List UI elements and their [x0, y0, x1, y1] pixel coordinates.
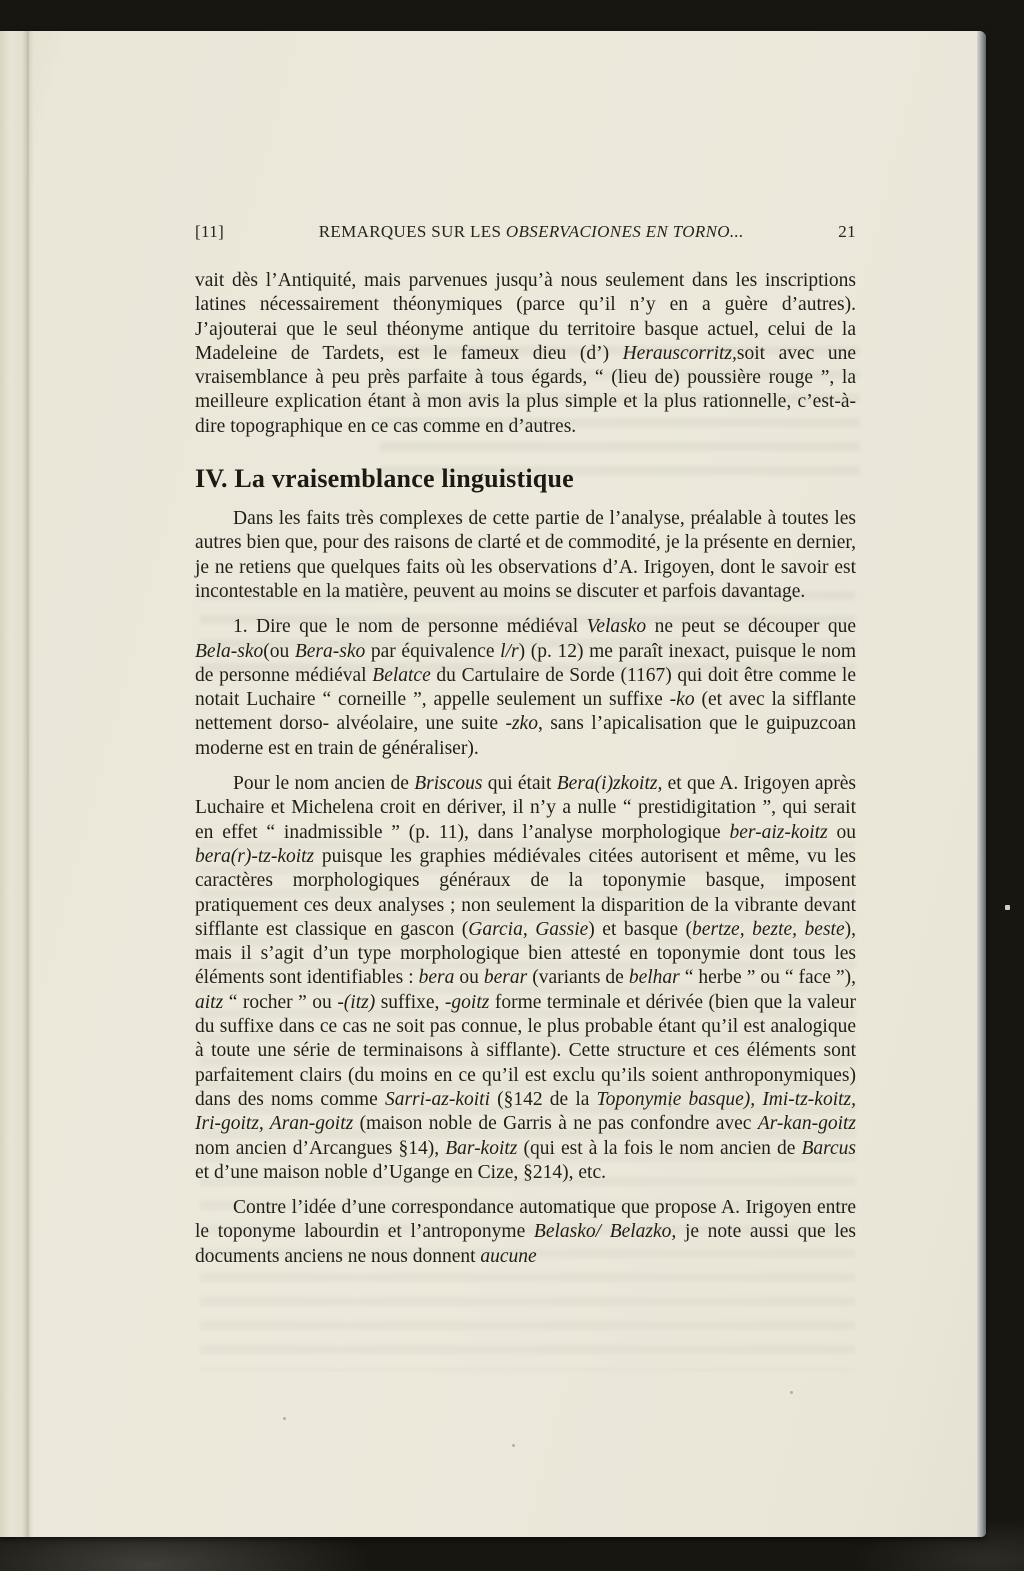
scan-stray-mark: : — [668, 1095, 672, 1112]
paragraph: vait dès l’Antiquité, mais parvenues jus… — [195, 269, 856, 439]
italic-term: Toponymie basque), — [597, 1089, 756, 1110]
italic-term: belhar — [629, 967, 680, 988]
body-text: Pour le nom ancien de — [233, 773, 414, 794]
section-heading: IV. La vraisemblance linguistique — [195, 464, 856, 494]
body-text: (variants de — [527, 967, 629, 988]
body-text: ou — [828, 822, 856, 843]
italic-term: Bera-sko — [295, 641, 365, 662]
italic-term: aucune — [480, 1246, 536, 1267]
book-page: [11] REMARQUES SUR LES OBSERVACIONES EN … — [0, 31, 986, 1537]
italic-term: Briscous — [414, 773, 482, 794]
italic-term: l/r — [500, 641, 518, 662]
header-article-ref: [11] — [195, 222, 224, 242]
italic-term: berar — [484, 967, 527, 988]
italic-term: -zko — [505, 713, 538, 734]
scanner-dust-dot — [1005, 905, 1010, 910]
body-text: “ rocher ” ou — [223, 992, 337, 1013]
italic-term: Bera(i)zkoitz, — [557, 773, 663, 794]
body-text: qui était — [482, 773, 556, 794]
body-text: et d’une maison noble d’Ugange en Cize, … — [195, 1162, 606, 1183]
body-text: suffixe, — [375, 992, 445, 1013]
italic-term: aitz — [195, 992, 223, 1013]
body-text: ) et basque ( — [588, 919, 692, 940]
header-title-roman: REMARQUES SUR LES — [319, 222, 506, 241]
page-stack-edge — [977, 31, 986, 1537]
italic-term: Velasko — [587, 616, 647, 637]
paragraph: Dans les faits très complexes de cette p… — [195, 507, 856, 604]
body-text: (maison noble de Garris à ne pas confond… — [353, 1113, 758, 1134]
italic-term: Bela-sko — [195, 641, 263, 662]
italic-term: Sarri-az-koiti — [385, 1089, 490, 1110]
running-header: [11] REMARQUES SUR LES OBSERVACIONES EN … — [195, 222, 856, 242]
header-title: REMARQUES SUR LES OBSERVACIONES EN TORNO… — [224, 222, 838, 242]
body-text: “ herbe ” ou “ face ”), — [680, 967, 856, 988]
italic-term: bera — [419, 967, 455, 988]
body-text: nom ancien d’Arcangues §14), — [195, 1138, 445, 1159]
paper-speck — [790, 1391, 793, 1394]
italic-term: -(itz) — [337, 992, 375, 1013]
paragraph: 1. Dire que le nom de personne médiéval … — [195, 615, 856, 761]
text-column: vait dès l’Antiquité, mais parvenues jus… — [195, 269, 856, 1269]
body-text: (qui est à la fois le nom ancien de — [517, 1138, 801, 1159]
body-text: (§142 de la — [490, 1089, 597, 1110]
italic-term: bertze, bezte, beste — [692, 919, 845, 940]
italic-term: -ko — [670, 689, 695, 710]
italic-term: Bar-koitz — [445, 1138, 517, 1159]
italic-term: bera(r)-tz-koitz — [195, 846, 314, 867]
body-text: par équivalence — [365, 641, 500, 662]
italic-term: ber-aiz-koitz — [729, 822, 827, 843]
body-text: Dans les faits très complexes de cette p… — [195, 508, 856, 602]
paragraph: Contre l’idée d’une correspondance autom… — [195, 1196, 856, 1269]
page-content: [11] REMARQUES SUR LES OBSERVACIONES EN … — [195, 222, 856, 1269]
italic-term: Belatce — [372, 665, 430, 686]
italic-term: Garcia, Gassie — [468, 919, 588, 940]
body-text: 1. Dire que le nom de personne médiéval — [233, 616, 587, 637]
scan-background: [11] REMARQUES SUR LES OBSERVACIONES EN … — [0, 0, 1024, 1571]
italic-term: Belasko/ Belazko, — [534, 1221, 676, 1242]
italic-term: Herauscorritz, — [623, 343, 737, 364]
italic-term: -goitz — [445, 992, 489, 1013]
header-page-number: 21 — [838, 222, 856, 242]
gutter-crease-shadow — [27, 31, 34, 1537]
paragraph: Pour le nom ancien de Briscous qui était… — [195, 772, 856, 1185]
header-title-italic: OBSERVACIONES EN TORNO... — [506, 222, 744, 241]
italic-term: Ar-kan-goitz — [758, 1113, 856, 1134]
paper-speck — [283, 1417, 286, 1420]
body-text: ne peut se découper que — [646, 616, 856, 637]
body-text: (ou — [263, 641, 295, 662]
body-text: ou — [454, 967, 484, 988]
paper-speck — [512, 1444, 515, 1447]
italic-term: Barcus — [801, 1138, 856, 1159]
page-gutter-edge — [0, 31, 27, 1537]
